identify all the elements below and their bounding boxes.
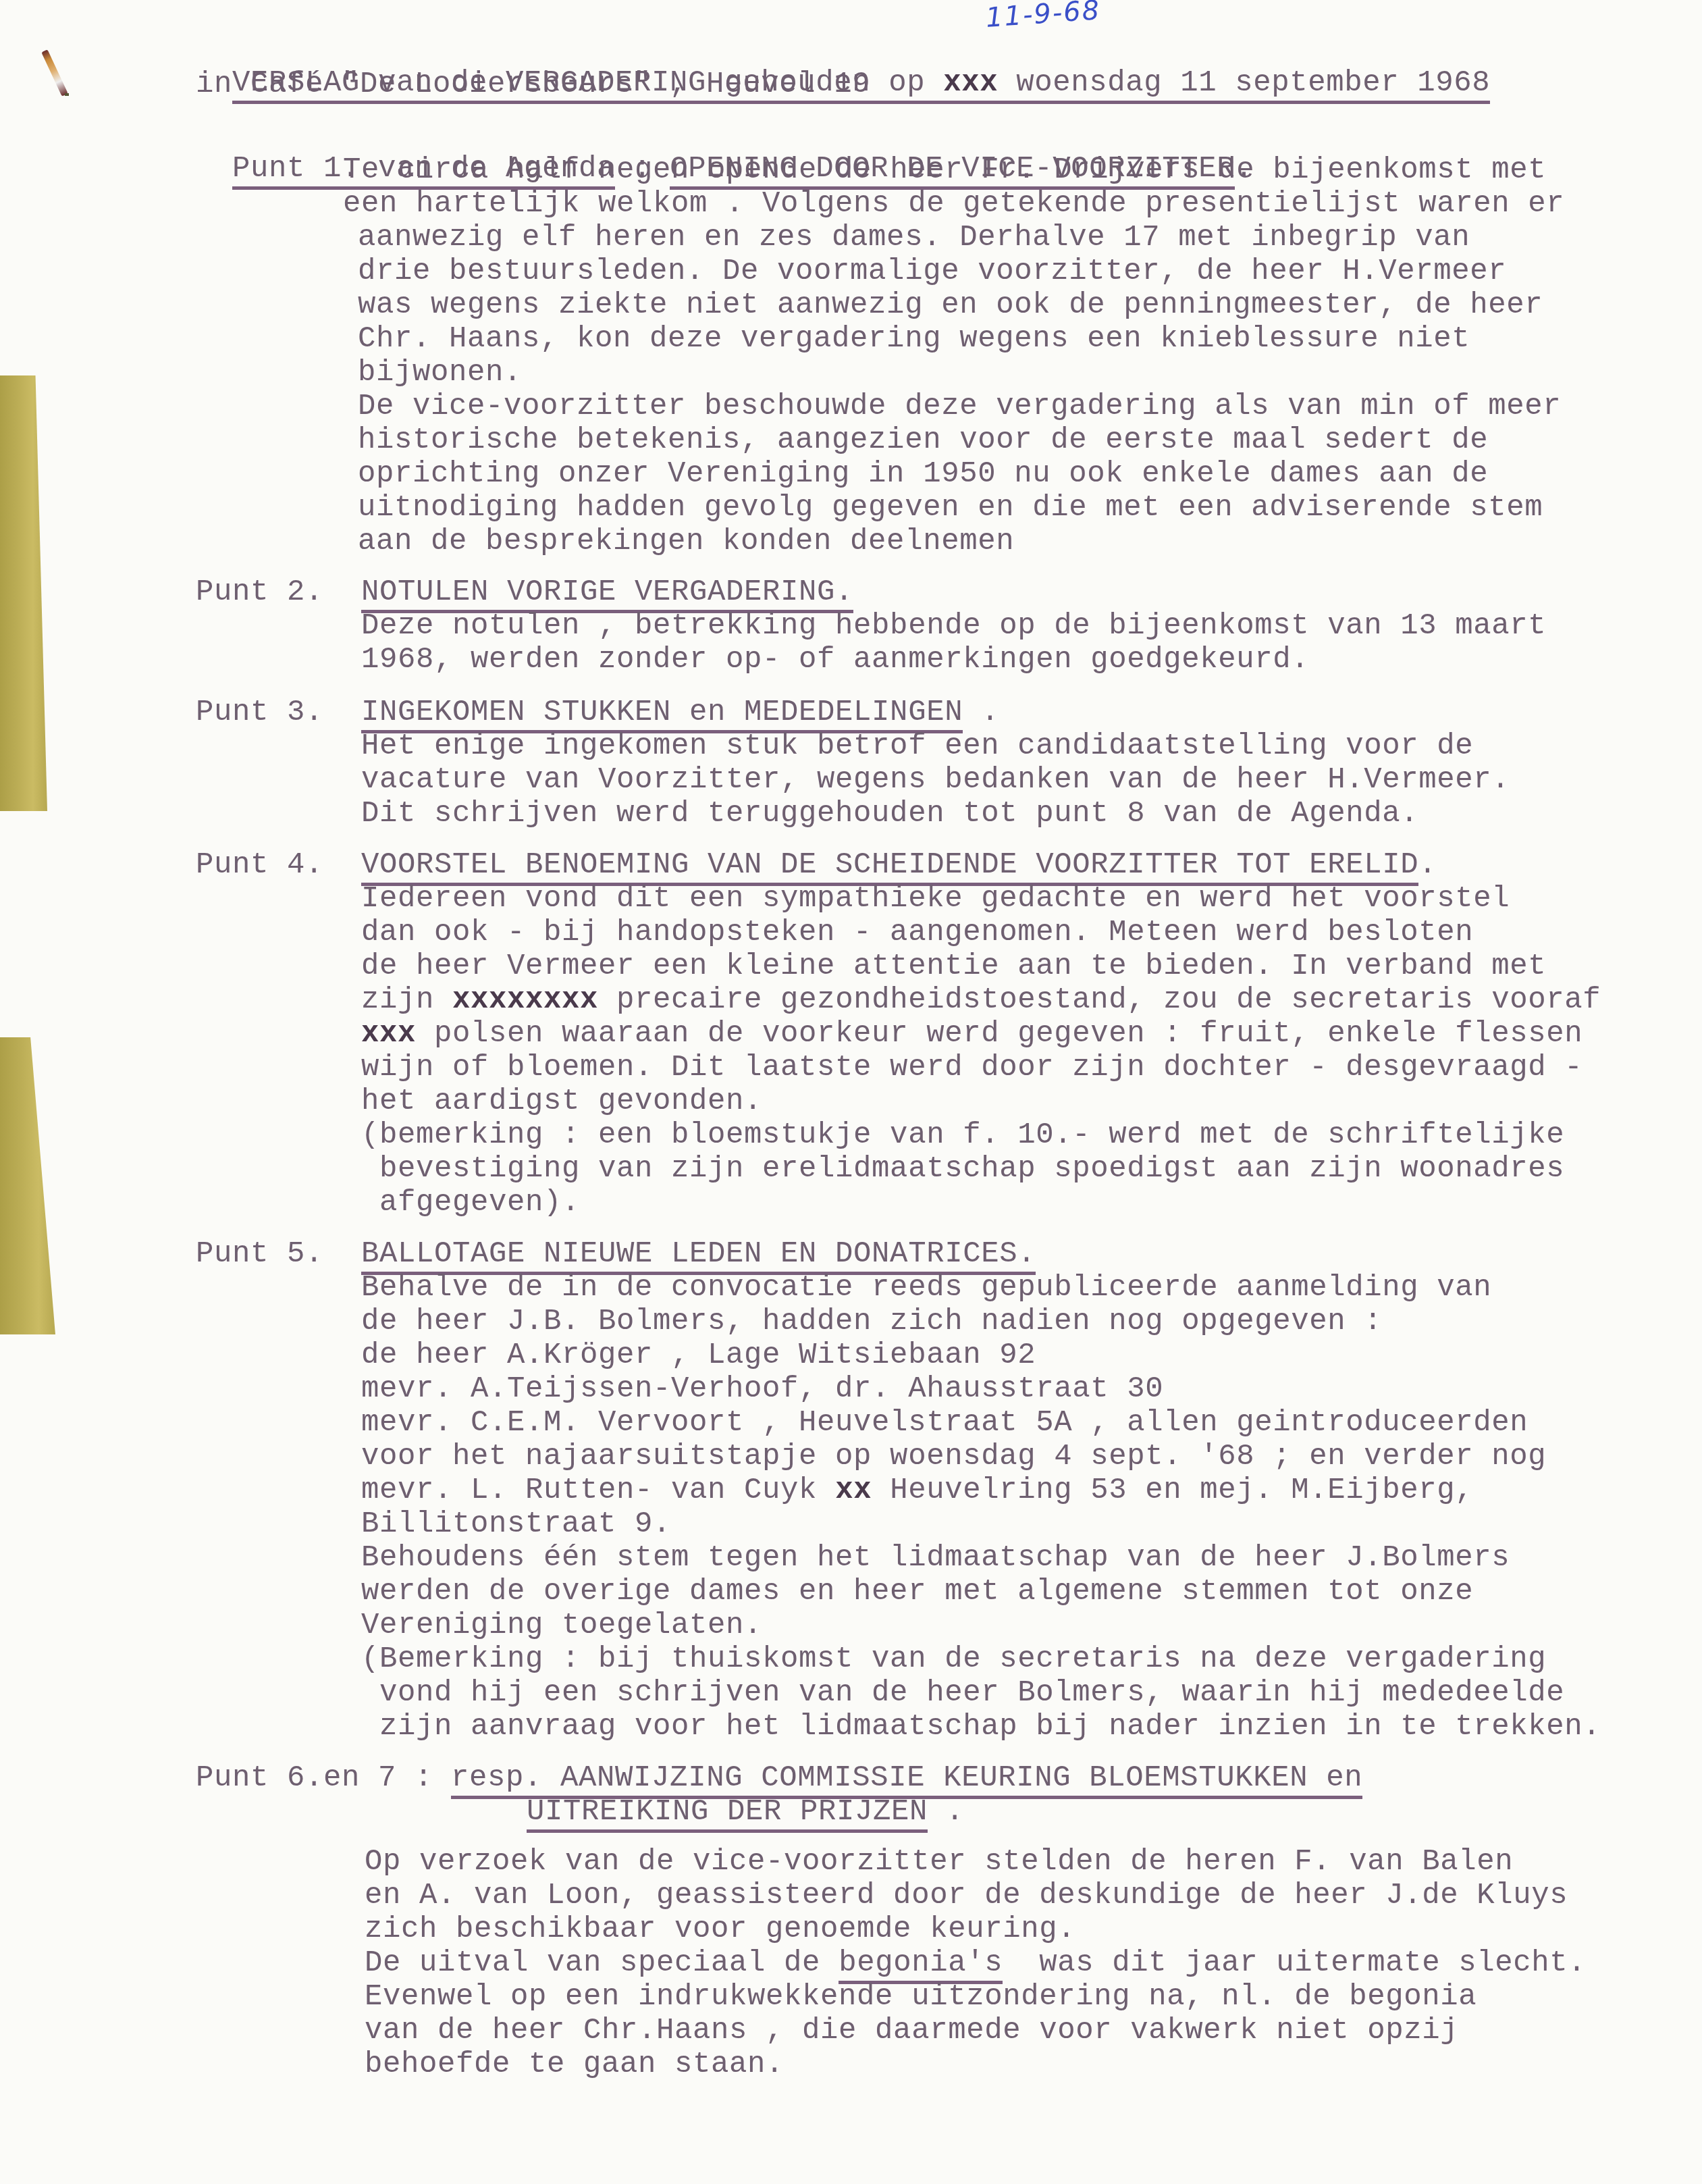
begonias-underlined: begonia's [839, 1946, 1003, 1984]
punt6-line4-post: was dit jaar uitermate slecht. [1003, 1946, 1586, 1980]
punt2-label: Punt 2. [196, 575, 323, 609]
punt6-resp: resp. [451, 1761, 542, 1799]
text-line: zijn aanvraag voor het lidmaatschap bij … [361, 1710, 1601, 1744]
text-line: vacature van Voorzitter, wegens bedanken… [361, 763, 1510, 797]
punt3-heading: INGEKOMEN STUKKEN en MEDEDELINGEN . [361, 696, 999, 729]
title-date: woensdag 11 september 1968 [1016, 66, 1490, 104]
punt5-line7: mevr. L. Rutten- van Cuyk xx Heuvelring … [361, 1474, 1473, 1507]
text-line: uitnodiging hadden gevolg gegeven en die… [358, 491, 1543, 525]
punt3-title: INGEKOMEN STUKKEN en MEDEDELINGEN [361, 696, 963, 733]
text-line: en A. van Loon, geassisteerd door de des… [365, 1879, 1568, 1913]
punt6-line4: De uitval van speciaal de begonia's was … [365, 1946, 1586, 1980]
text-line: Deze notulen , betrekking hebbende op de… [361, 609, 1546, 643]
text-line: Evenwel op een indrukwekkende uitzonderi… [365, 1980, 1477, 2014]
staple-speck [65, 93, 69, 96]
punt4-line5-post: polsen waaraan de voorkeur werd gegeven … [416, 1017, 1583, 1051]
text-line: Vereniging toegelaten. [361, 1609, 762, 1642]
text-line: aan de besprekingen konden deelnemen [358, 525, 1014, 558]
punt3-period: . [963, 696, 999, 729]
text-line: Behoudens één stem tegen het lidmaatscha… [361, 1541, 1510, 1575]
staple-mark [41, 49, 68, 96]
text-line: drie bestuursleden. De voormalige voorzi… [358, 255, 1506, 288]
text-line: Chr. Haans, kon deze vergadering wegens … [358, 322, 1470, 356]
punt6-heading2: UITREIKING DER PRIJZEN . [527, 1795, 964, 1829]
text-line: Behalve de in de convocatie reeds gepubl… [361, 1271, 1491, 1305]
text-line: (bemerking : een bloemstukje van f. 10.-… [361, 1118, 1564, 1152]
punt4-line4: zijn xxxxxxxx precaire gezondheidstoesta… [361, 983, 1601, 1017]
punt4-period: . [1418, 848, 1437, 882]
punt6-heading: Punt 6.en 7 : resp. AANWIJZING COMMISSIE… [196, 1761, 1362, 1795]
text-line: Het enige ingekomen stuk betrof een cand… [361, 729, 1473, 763]
punt6-label: Punt 6.en 7 : [196, 1761, 451, 1795]
title-strikeout: xxx [943, 66, 998, 104]
text-line: was wegens ziekte niet aanwezig en ook d… [358, 288, 1543, 322]
text-line: afgegeven). [361, 1186, 580, 1220]
punt5-label: Punt 5. [196, 1237, 323, 1271]
text-line: De vice-voorzitter beschouwde deze verga… [358, 390, 1561, 423]
text-line: mevr. C.E.M. Vervoort , Heuvelstraat 5A … [361, 1406, 1528, 1440]
punt6-period: . [928, 1795, 964, 1829]
text-line: Op verzoek van de vice-voorzitter stelde… [365, 1845, 1513, 1879]
text-line: (Bemerking : bij thuiskomst van de secre… [361, 1642, 1546, 1676]
text-line: Te circa half negen opende de heer Fr. D… [343, 153, 1546, 187]
text-line: de heer A.Kröger , Lage Witsiebaan 92 [361, 1338, 1036, 1372]
text-line: vond hij een schrijven van de heer Bolme… [361, 1676, 1564, 1710]
strikeout-text: xxxxxxxx [452, 983, 598, 1017]
strikeout-text: xxx [361, 1017, 416, 1051]
tape-strip-top [0, 375, 47, 811]
text-line: aanwezig elf heren en zes dames. Derhalv… [358, 221, 1470, 255]
strikeout-text: xx [835, 1474, 872, 1507]
text-line: voor het najaarsuitstapje op woensdag 4 … [361, 1440, 1546, 1474]
punt5-title: BALLOTAGE NIEUWE LEDEN EN DONATRICES. [361, 1237, 1036, 1275]
text-line: een hartelijk welkom . Volgens de geteke… [343, 187, 1564, 221]
punt4-line4-pre: zijn [361, 983, 452, 1017]
text-line: zich beschikbaar voor genoemde keuring. [365, 1913, 1075, 1946]
text-line: werden de overige dames en heer met alge… [361, 1575, 1473, 1609]
punt4-line4-post: precaire gezondheidstoestand, zou de sec… [598, 983, 1601, 1017]
text-line: historische betekenis, aangezien voor de… [358, 423, 1488, 457]
text-line: Billitonstraat 9. [361, 1507, 671, 1541]
punt5-heading: BALLOTAGE NIEUWE LEDEN EN DONATRICES. [361, 1237, 1036, 1271]
text-line: 1968, werden zonder op- of aanmerkingen … [361, 643, 1309, 677]
text-line: bevestiging van zijn erelidmaatschap spo… [361, 1152, 1564, 1186]
punt4-line5: xxx polsen waaraan de voorkeur werd gege… [361, 1017, 1583, 1051]
text-line: Dit schrijven werd teruggehouden tot pun… [361, 797, 1418, 831]
text-line: bijwonen. [358, 356, 522, 390]
location-line: in Café "De Looiersbeurs" , Heuvel 19 [196, 68, 870, 101]
text-line: oprichting onzer Vereniging in 1950 nu o… [358, 457, 1488, 491]
punt2-heading: NOTULEN VORIGE VERGADERING. [361, 575, 853, 609]
punt6-title1: AANWIJZING COMMISSIE KEURING BLOEMSTUKKE… [542, 1761, 1308, 1799]
punt2-title: NOTULEN VORIGE VERGADERING. [361, 575, 853, 613]
punt6-title2: UITREIKING DER PRIJZEN [527, 1795, 928, 1833]
punt4-label: Punt 4. [196, 848, 323, 882]
text-line: van de heer Chr.Haans , die daarmede voo… [365, 2014, 1458, 2048]
text-line: het aardigst gevonden. [361, 1085, 762, 1118]
text-line: behoefde te gaan staan. [365, 2048, 784, 2081]
punt5-line7-post: Heuvelring 53 en mej. M.Eijberg, [872, 1474, 1473, 1507]
text-line: de heer Vermeer een kleine attentie aan … [361, 950, 1546, 983]
punt3-label: Punt 3. [196, 696, 323, 729]
punt6-title1-en: en [1308, 1761, 1362, 1799]
punt4-heading: VOORSTEL BENOEMING VAN DE SCHEIDENDE VOO… [361, 848, 1437, 882]
text-line: de heer J.B. Bolmers, hadden zich nadien… [361, 1305, 1382, 1338]
text-line: Iedereen vond dit een sympathieke gedach… [361, 882, 1510, 916]
tape-strip-bottom [0, 1037, 55, 1334]
handwritten-date: 11-9-68 [985, 0, 1102, 34]
text-line: wijn of bloemen. Dit laatste werd door z… [361, 1051, 1583, 1085]
punt5-line7-pre: mevr. L. Rutten- van Cuyk [361, 1474, 835, 1507]
text-line: dan ook - bij handopsteken - aangenomen.… [361, 916, 1473, 950]
punt6-line4-pre: De uitval van speciaal de [365, 1946, 839, 1980]
punt4-title: VOORSTEL BENOEMING VAN DE SCHEIDENDE VOO… [361, 848, 1418, 886]
text-line: mevr. A.Teijssen-Verhoof, dr. Ahausstraa… [361, 1372, 1163, 1406]
